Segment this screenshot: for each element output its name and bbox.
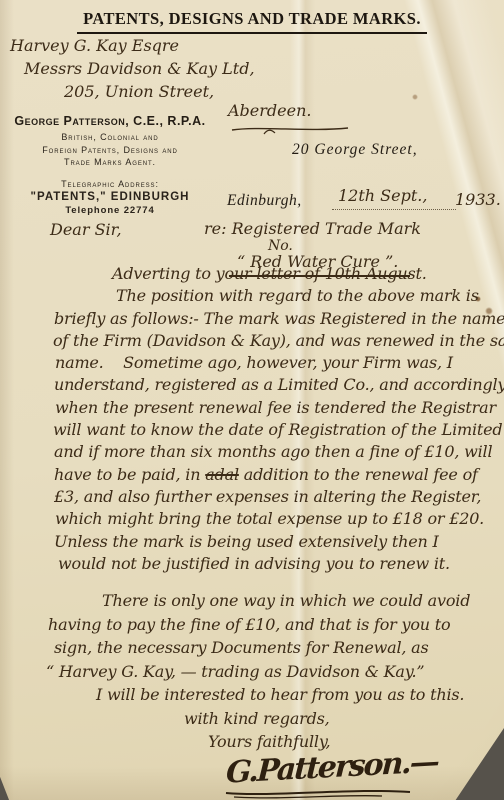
- salutation: Dear Sir,: [50, 220, 122, 239]
- flourish-underline: [230, 123, 350, 142]
- agent-desc-line: British, Colonial and: [4, 131, 216, 144]
- body-line: The position with regard to the above ma…: [46, 285, 474, 307]
- body-line: will want to know the date of Registrati…: [46, 419, 474, 441]
- body-line: briefly as follows:- The mark was Regist…: [46, 308, 474, 330]
- body-line-with-correction: have to be paid, in adal addition to the…: [46, 464, 474, 486]
- agent-desc-line: Trade Marks Agent.: [4, 156, 216, 169]
- agent-name: George Patterson, C.E., R.P.A.: [4, 114, 216, 128]
- scanned-letter: PATENTS, DESIGNS AND TRADE MARKS. Harvey…: [0, 0, 504, 800]
- recipient-street: 205, Union Street,: [64, 82, 214, 101]
- struck-word: adal: [205, 465, 239, 484]
- signature-flourish: [224, 786, 414, 800]
- body-line: Unless the mark is being used extensivel…: [46, 531, 474, 553]
- sender-street: 20 George Street,: [292, 141, 418, 159]
- kind-regards-line: with kind regards,: [46, 707, 474, 731]
- letter-paper: PATENTS, DESIGNS AND TRADE MARKS. Harvey…: [0, 0, 504, 800]
- body-line: having to pay the fine of £10, and that …: [46, 613, 474, 637]
- body-line: of the Firm (Davidson & Kay), and was re…: [46, 330, 474, 352]
- body-line: sign, the necessary Documents for Renewa…: [46, 636, 474, 660]
- agent-block: George Patterson, C.E., R.P.A. British, …: [4, 114, 216, 216]
- body-text: have to be paid, in: [54, 465, 205, 484]
- telephone-number: Telephone 22774: [4, 205, 216, 216]
- recipient-firm: Messrs Davidson & Kay Ltd,: [24, 59, 255, 78]
- body-line: and if more than six months ago then a f…: [46, 441, 474, 463]
- body-text: addition to the renewal fee of: [239, 465, 478, 484]
- body-line: would not be justified in advising you t…: [46, 553, 474, 575]
- body-line: Adverting to your letter of 10th August.: [46, 263, 474, 285]
- telegraphic-address-label: Telegraphic Address:: [4, 179, 216, 189]
- letter-year: 1933.: [455, 190, 501, 209]
- body-line: when the present renewal fee is tendered…: [46, 397, 474, 419]
- letterhead-title-row: PATENTS, DESIGNS AND TRADE MARKS.: [0, 9, 504, 34]
- body-line: “ Harvey G. Kay, — trading as Davidson &…: [46, 660, 474, 684]
- body-line: There is only one way in which we could …: [46, 589, 474, 613]
- telegraphic-address-value: "PATENTS," EDINBURGH: [4, 191, 216, 203]
- letter-date: 12th Sept.,: [332, 186, 456, 210]
- agent-desc-line: Foreign Patents, Designs and: [4, 144, 216, 157]
- subject-line: re: Registered Trade Mark: [204, 219, 421, 238]
- recipient-name: Harvey G. Kay Esqre: [10, 36, 179, 55]
- letter-body: Adverting to your letter of 10th August.…: [46, 263, 474, 754]
- paragraph-gap: [46, 575, 474, 589]
- body-line: I will be interested to hear from you as…: [46, 683, 474, 707]
- body-line: £3, and also further expenses in alterin…: [46, 486, 474, 508]
- page-title: PATENTS, DESIGNS AND TRADE MARKS.: [77, 9, 427, 34]
- sender-city: Edinburgh,: [227, 192, 302, 210]
- body-line: which might bring the total expense up t…: [46, 508, 474, 530]
- body-line: name. Sometime ago, however, your Firm w…: [46, 352, 474, 374]
- recipient-city: Aberdeen.: [228, 101, 311, 120]
- body-line: understand, registered as a Limited Co.,…: [46, 374, 474, 396]
